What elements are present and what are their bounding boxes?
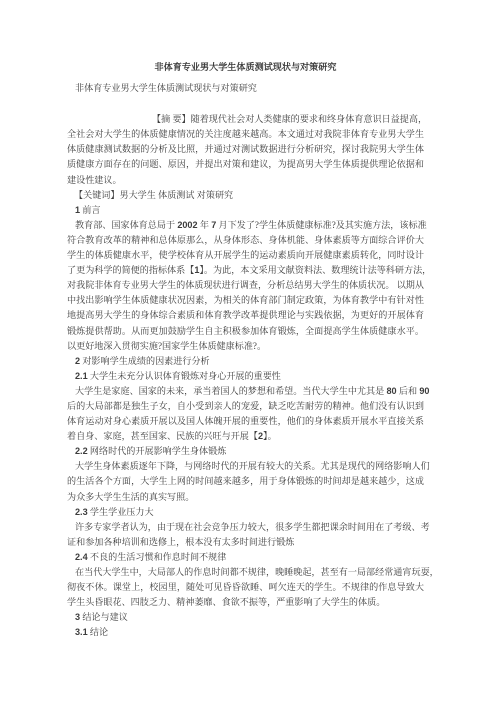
text-line: 3 结论与建议 xyxy=(67,610,424,625)
document-subtitle: 非体育专业男大学生体质测试现状与对策研究 xyxy=(67,81,424,96)
text-line: 的生活各个方面，大学生上网的时间越来越多，用于身体锻炼的时间却是越来越少，这成 xyxy=(67,474,424,489)
text-line: 后的大局部都是独生子女，自小受到亲人的宠爱，缺乏吃苦耐劳的精神。他们没有认识到 xyxy=(67,399,424,414)
text-line: 为众多大学生生活的真实写照。 xyxy=(67,490,424,505)
text-line: 【关键词】男大学生 体质测试 对策研究 xyxy=(67,188,424,203)
text-line: 学生的体质健康水平，使学校体育从开展学生的运动素质向开展健康素质转化，同时设计 xyxy=(67,248,424,263)
text-line: 许多专家学者认为，由于现在社会竞争压力较大，很多学生都把课余时间用在了考级、考 xyxy=(67,520,424,535)
text-line: 大学生是家庭、国家的未来，承当着国人的梦想和希望。当代大学生中尤其是 80 后和… xyxy=(67,384,424,399)
text-line: 1 前言 xyxy=(67,203,424,218)
text-line: 以更好地深入贯彻实施?国家学生体质健康标准?。 xyxy=(67,339,424,354)
text-line: 中找出影响学生体质健康状况因素，为相关的体育部门制定政策，为体育教学中有针对性 xyxy=(67,293,424,308)
text-line: 建设性建议。 xyxy=(67,173,424,188)
text-line: 2.1 大学生未充分认识体育锻炼对身心开展的重要性 xyxy=(67,369,424,384)
text-line: 锻炼提供帮助。从而更加鼓励学生自主积极参加体育锻炼，全面提高学生体质健康水平。 xyxy=(67,324,424,339)
text-line: 证和参加各种培训和选修上，根本没有太多时间进行锻炼 xyxy=(67,535,424,550)
text-line: 符合教育改革的精神和总体原那么，从身体形态、身体机能、身体素质等方面综合评价大 xyxy=(67,233,424,248)
document-body: 【摘 要】随着现代社会对人类健康的要求和终身体育意识日益提高，全社会对大学生的体… xyxy=(67,112,424,640)
text-line: 彻夜不休。课堂上，校园里，随处可见昏昏欲睡、呵欠连天的学生。不规律的作息导致大 xyxy=(67,580,424,595)
document-content: 非体育专业男大学生体质测试现状与对策研究 非体育专业男大学生体质测试现状与对策研… xyxy=(67,60,424,640)
text-line: 对我院非体育专业男大学生的体质现状进行调查，分析总结男大学生的体质状况。 以期从 xyxy=(67,278,424,293)
text-line: 质健康方面存在的问题、原因，并提出对策和建议，为提高男大学生体质提供理论依据和 xyxy=(67,157,424,172)
text-line: 2.2 网络时代的开展影响学生身体锻炼 xyxy=(67,444,424,459)
text-line: 教育部、国家体育总局于 2002 年 7 月下发了?学生体质健康标准?及其实施方… xyxy=(67,218,424,233)
text-line: 地提高男大学生的身体综合素质和体育教学改革提供理论与实践依据，为更好的开展体育 xyxy=(67,308,424,323)
text-line: 2 对影响学生成绩的因素进行分析 xyxy=(67,354,424,369)
document-page: 非体育专业男大学生体质测试现状与对策研究 非体育专业男大学生体质测试现状与对策研… xyxy=(0,0,500,708)
text-line: 【摘 要】随着现代社会对人类健康的要求和终身体育意识日益提高， xyxy=(67,112,424,127)
text-line: 了更为科学的简便的指标体系【1】。为此，本文采用文献资料法、数理统计法等科研方法… xyxy=(67,263,424,278)
text-line: 大学生身体素质逐年下降，与网络时代的开展有较大的关系。尤其是现代的网络影响人们 xyxy=(67,459,424,474)
document-title: 非体育专业男大学生体质测试现状与对策研究 xyxy=(67,60,424,75)
text-line: 在当代大学生中，大局部人的作息时间都不规律，晚睡晚起，甚至有一局部经常通宵玩耍， xyxy=(67,565,424,580)
text-line: 体育运动对身心素质开展以及国人体魄开展的重要性，他们的身体素质开展水平直接关系 xyxy=(67,414,424,429)
text-line: 2.4 不良的生活习惯和作息时间不规律 xyxy=(67,550,424,565)
text-line: 着自身、家庭，甚至国家、民族的兴旺与开展【2】。 xyxy=(67,429,424,444)
text-line: 2.3 学生学业压力大 xyxy=(67,505,424,520)
text-line: 全社会对大学生的体质健康情况的关注度越来越高。本文通过对我院非体育专业男大学生 xyxy=(67,127,424,142)
text-line: 体质健康测试数据的分析及比照，并通过对测试数据进行分析研究，探讨我院男大学生体 xyxy=(67,142,424,157)
text-line: 学生头昏眼花、四肢乏力、精神萎靡、食欲不振等，严重影响了大学生的体质。 xyxy=(67,595,424,610)
text-line: 3.1 结论 xyxy=(67,625,424,640)
